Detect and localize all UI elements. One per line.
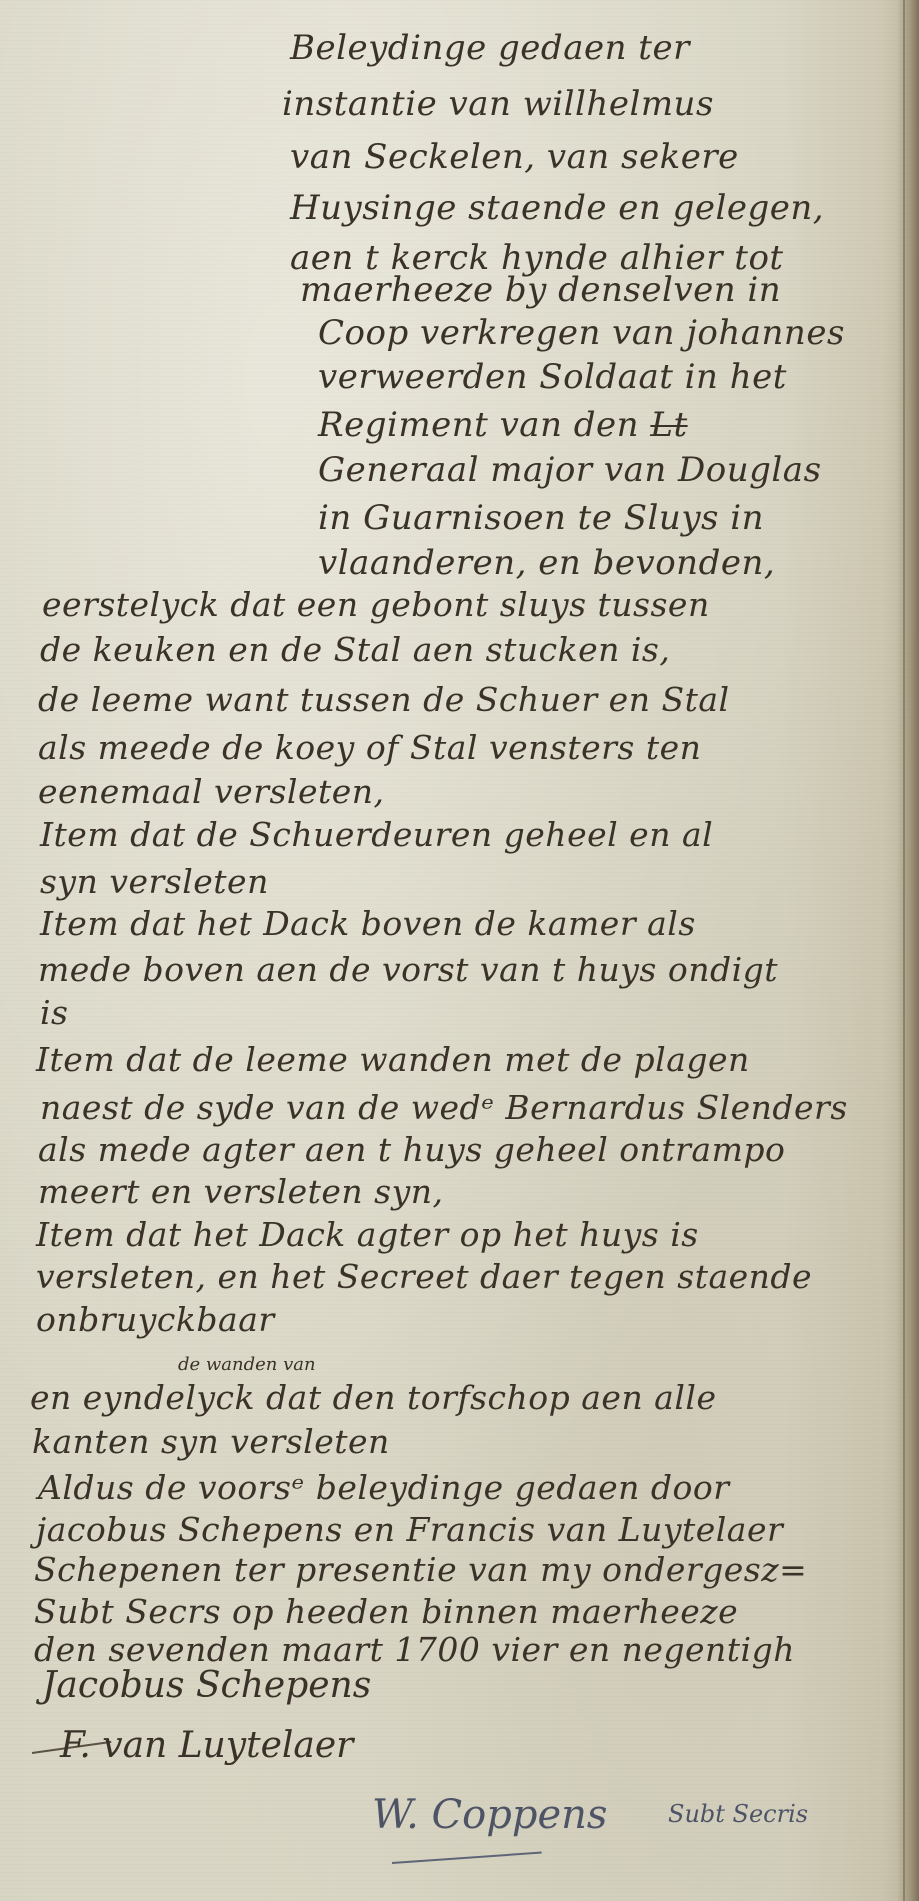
signature-coppens: W. Coppens [372, 1792, 607, 1838]
item-line: eenemaal versleten, [38, 772, 385, 811]
signature-van-luytelaer: F. van Luytelaer [60, 1725, 353, 1766]
heading-line: in Guarnisoen te Sluys in [318, 498, 764, 538]
item-line: als mede agter aen t huys geheel ontramp… [38, 1130, 785, 1169]
item-line: Item dat de leeme wanden met de plagen [36, 1040, 750, 1079]
heading-line: Huysinge staende en gelegen, [290, 188, 824, 228]
gutter-line [903, 0, 905, 1901]
heading-line: vlaanderen, en bevonden, [318, 543, 775, 583]
item-line: is [40, 993, 69, 1032]
item-line: Item dat het Dack agter op het huys is [36, 1215, 699, 1254]
item-line: syn versleten [40, 862, 269, 901]
heading-line: Generaal major van Douglas [318, 450, 822, 490]
item-line: de keuken en de Stal aen stucken is, [40, 630, 670, 669]
closing-line: Subt Secrs op heeden binnen maerheeze [34, 1592, 738, 1631]
signature-underline [392, 1852, 542, 1864]
item-line: naest de syde van de wedᵉ Bernardus Slen… [40, 1088, 848, 1127]
heading-text: Regiment van den [318, 405, 639, 445]
heading-line: verweerden Soldaat in het [318, 357, 787, 397]
closing-line: den sevenden maart 1700 vier en negentig… [34, 1630, 795, 1669]
interlinear-insertion: de wanden van [178, 1354, 316, 1375]
item-line: als meede de koey of Stal vensters ten [38, 728, 701, 767]
struck-word: Lt [650, 405, 687, 445]
heading-line: Coop verkregen van johannes [318, 313, 845, 353]
item-line: de leeme want tussen de Schuer en Stal [38, 680, 730, 719]
item-line: en eyndelyck dat den torfschop aen alle [30, 1378, 717, 1417]
heading-line: Regiment van den Lt [318, 405, 688, 445]
heading-line: instantie van willhelmus [282, 84, 714, 124]
signature-schepens: Jacobus Schepens [42, 1665, 371, 1706]
item-line: onbruyckbaar [36, 1300, 275, 1339]
signature-title: Subt Secris [668, 1800, 808, 1828]
closing-line: jacobus Schepens en Francis van Luytelae… [36, 1510, 783, 1549]
manuscript-page: Beleydinge gedaen ter instantie van will… [0, 0, 919, 1901]
closing-line: Aldus de voorsᵉ beleydinge gedaen door [38, 1468, 730, 1507]
heading-line: maerheeze by denselven in [300, 270, 781, 310]
item-line: Item dat de Schuerdeuren geheel en al [40, 815, 713, 854]
heading-line: Beleydinge gedaen ter [290, 28, 690, 68]
item-line: mede boven aen de vorst van t huys ondig… [38, 950, 778, 989]
page-gutter [897, 0, 919, 1901]
item-line: versleten, en het Secreet daer tegen sta… [36, 1257, 812, 1296]
item-line: eerstelyck dat een gebont sluys tussen [42, 585, 710, 624]
item-line: meert en versleten syn, [38, 1172, 443, 1211]
closing-line: Schepenen ter presentie van my ondergesz… [34, 1550, 807, 1589]
heading-line: van Seckelen, van sekere [290, 137, 739, 177]
item-line: kanten syn versleten [32, 1422, 390, 1461]
item-line: Item dat het Dack boven de kamer als [40, 904, 696, 943]
